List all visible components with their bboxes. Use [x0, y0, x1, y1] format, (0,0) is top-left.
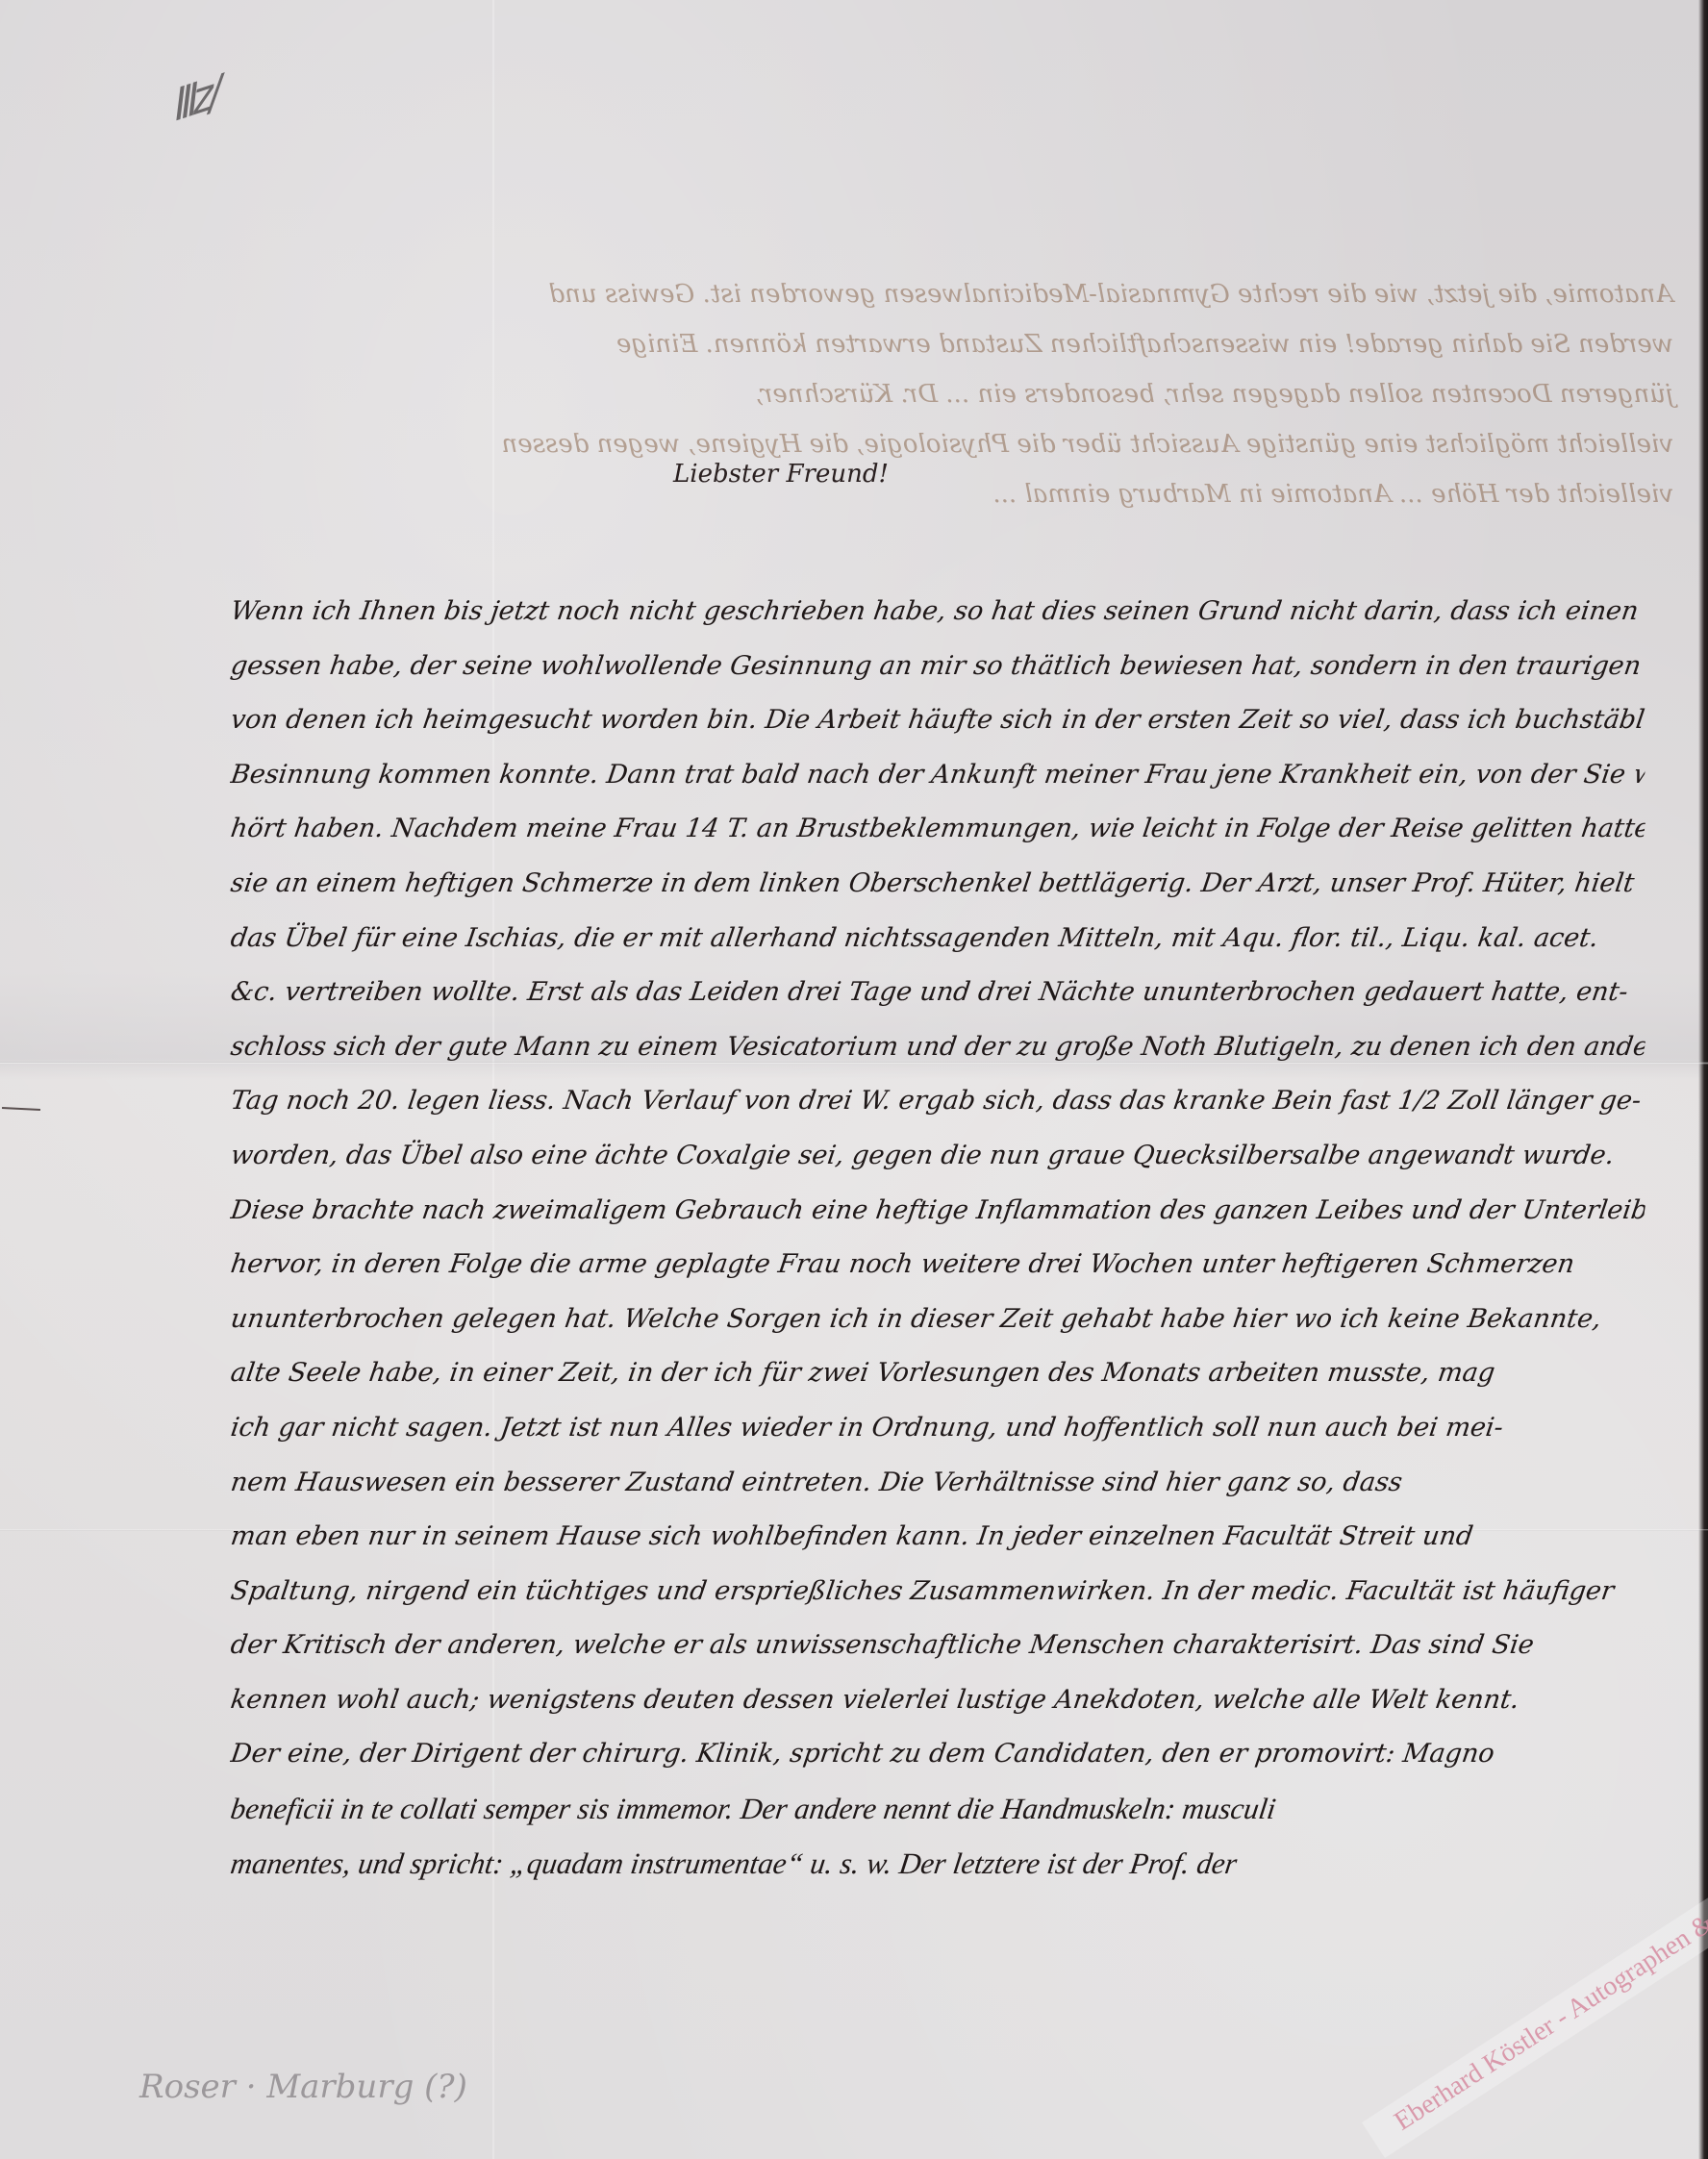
body-line: Tag noch 20. legen liess. Nach Verlauf v… [227, 1074, 1648, 1129]
margin-mark [2, 1107, 40, 1111]
body-line: schloss sich der gute Mann zu einem Vesi… [227, 1020, 1648, 1075]
body-line: Spaltung, nirgend ein tüchtiges und ersp… [227, 1565, 1648, 1619]
pencil-attribution-note: Roser · Marburg (?) [139, 2068, 467, 2106]
body-line: das Übel für eine Ischias, die er mit al… [227, 912, 1648, 967]
body-line: man eben nur in seinem Hause sich wohlbe… [227, 1510, 1648, 1565]
body-line: von denen ich heimgesucht worden bin. Di… [227, 693, 1648, 748]
bleed-through-text: Anatomie, die jetzt, wie die rechte Gymn… [38, 269, 1673, 635]
bleed-line: Anatomie, die jetzt, wie die rechte Gymn… [38, 269, 1673, 319]
bleed-line: werden Sie dahin gerade! ein wissenschaf… [38, 319, 1673, 369]
archive-pencil-mark: IIIz/ [171, 65, 220, 133]
body-line: ununterbrochen gelegen hat. Welche Sorge… [227, 1293, 1648, 1347]
letter-page: IIIz/ Anatomie, die jetzt, wie die recht… [0, 0, 1708, 2159]
letter-salutation: Liebster Freund! [673, 460, 889, 489]
body-line: der Kritisch der anderen, welche er als … [227, 1619, 1648, 1673]
body-line: kennen wohl auch; wenigstens deuten dess… [227, 1673, 1648, 1728]
letter-body: Wenn ich Ihnen bis jetzt noch nicht gesc… [231, 585, 1645, 1891]
body-line: Besinnung kommen konnte. Dann trat bald … [227, 748, 1648, 803]
body-line: hervor, in deren Folge die arme geplagte… [227, 1238, 1648, 1293]
body-line: Wenn ich Ihnen bis jetzt noch nicht gesc… [227, 585, 1648, 640]
body-line: Der eine, der Dirigent der chirurg. Klin… [227, 1727, 1648, 1782]
body-line: sie an einem heftigen Schmerze in dem li… [227, 857, 1648, 912]
body-line: worden, das Übel also eine ächte Coxalgi… [227, 1129, 1648, 1184]
latin-quote-line: manentes, und spricht: „quadam instrumen… [227, 1837, 1648, 1892]
body-line: Diese brachte nach zweimaligem Gebrauch … [227, 1184, 1648, 1239]
bleed-line: jüngeren Docenten sollen dagegen sehr, b… [38, 369, 1673, 419]
body-line: hört haben. Nachdem meine Frau 14 T. an … [227, 802, 1648, 857]
latin-quote-line: beneficii in te collati semper sis immem… [227, 1782, 1648, 1837]
body-line: gessen habe, der seine wohlwollende Gesi… [227, 640, 1648, 694]
body-line: alte Seele habe, in einer Zeit, in der i… [227, 1346, 1648, 1401]
body-line: ich gar nicht sagen. Jetzt ist nun Alles… [227, 1401, 1648, 1456]
body-line: nem Hauswesen ein besserer Zustand eintr… [227, 1456, 1648, 1511]
body-line: &c. vertreiben wollte. Erst als das Leid… [227, 966, 1648, 1020]
paper-edge-shadow [1698, 0, 1708, 2159]
